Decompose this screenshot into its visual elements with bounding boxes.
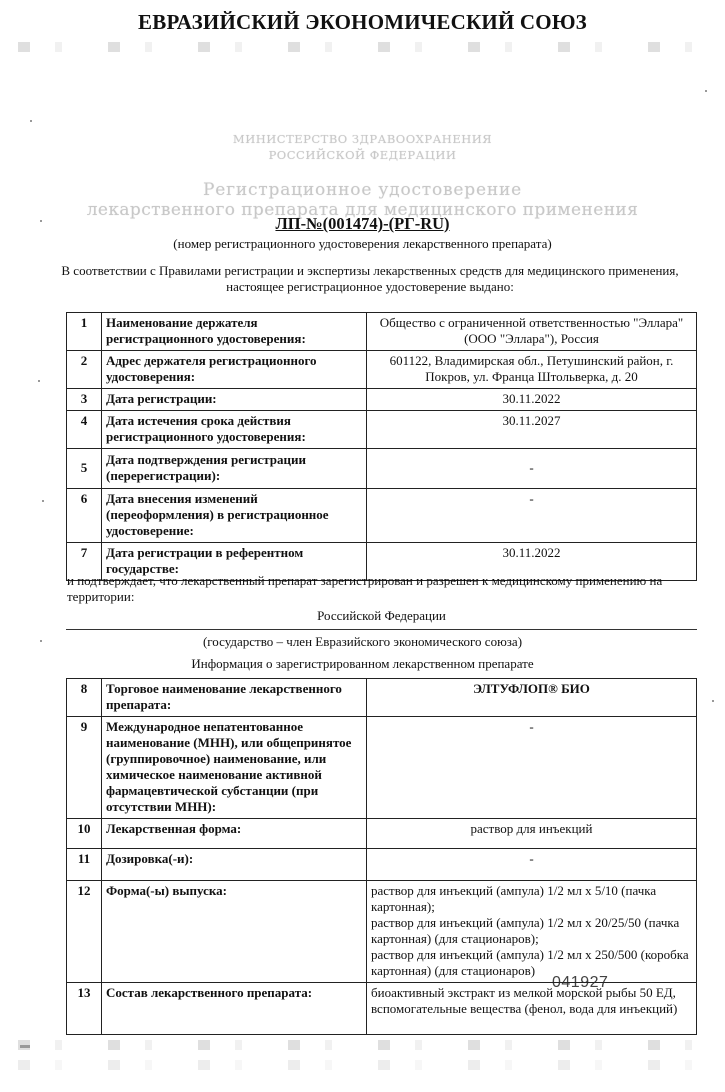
row-value: 601122, Владимирская обл., Петушинский р… (367, 351, 697, 389)
row-label: Дозировка(-и): (102, 849, 367, 881)
scan-noise-top (0, 42, 725, 52)
release-form-line: раствор для инъекций (ампула) 1/2 мл x 2… (371, 947, 692, 979)
row-number: 12 (67, 881, 102, 983)
row-value: - (367, 849, 697, 881)
row-value: 30.11.2027 (367, 411, 697, 449)
row-value: Общество с ограниченной ответственностью… (367, 313, 697, 351)
scan-noise-bottom-2 (0, 1060, 725, 1070)
row-number: 6 (67, 489, 102, 543)
page-title: ЕВРАЗИЙСКИЙ ЭКОНОМИЧЕСКИЙ СОЮЗ (0, 10, 725, 35)
row-label: Торговое наименование лекарственного пре… (102, 679, 367, 717)
scan-speck (40, 220, 42, 222)
row-value: - (367, 717, 697, 819)
row-label: Лекарственная форма: (102, 819, 367, 849)
table-row: 10 Лекарственная форма: раствор для инъе… (67, 819, 697, 849)
table-row: 4 Дата истечения срока действия регистра… (67, 411, 697, 449)
row-label: Дата регистрации: (102, 389, 367, 411)
scan-noise-bottom (0, 1040, 725, 1050)
registration-number-caption: (номер регистрационного удостоверения ле… (0, 236, 725, 252)
registration-number: ЛП-№(001474)-(РГ-RU) (0, 214, 725, 234)
row-value: раствор для инъекций (367, 819, 697, 849)
row-label: Состав лекарственного препарата: (102, 983, 367, 1035)
row-label: Дата истечения срока действия регистраци… (102, 411, 367, 449)
table-row: 1 Наименование держателя регистрационног… (67, 313, 697, 351)
table-row: 12 Форма(-ы) выпуска: раствор для инъекц… (67, 881, 697, 983)
row-number: 9 (67, 717, 102, 819)
row-label: Дата подтверждения регистрации (перереги… (102, 449, 367, 489)
row-label: Адрес держателя регистрационного удостов… (102, 351, 367, 389)
row-label: Дата внесения изменений (переоформления)… (102, 489, 367, 543)
country-caption: (государство – член Евразийского экономи… (0, 634, 725, 650)
scan-speck (40, 640, 42, 642)
release-form-line: раствор для инъекций (ампула) 1/2 мл x 5… (371, 883, 692, 915)
stamp-serial-number: 041927 (552, 974, 608, 992)
table-row: 3 Дата регистрации: 30.11.2022 (67, 389, 697, 411)
intro-paragraph: В соответствии с Правилами регистрации и… (60, 263, 680, 295)
row-number: 2 (67, 351, 102, 389)
country-name: Российской Федерации (66, 608, 697, 630)
release-form-line: раствор для инъекций (ампула) 1/2 мл x 2… (371, 915, 692, 947)
table-row: 6 Дата внесения изменений (переоформлени… (67, 489, 697, 543)
table-row: 9 Международное непатентованное наименов… (67, 717, 697, 819)
row-number: 1 (67, 313, 102, 351)
table-row: 11 Дозировка(-и): - (67, 849, 697, 881)
confirmation-paragraph: и подтверждает, что лекарственный препар… (67, 573, 697, 605)
table-row: 8 Торговое наименование лекарственного п… (67, 679, 697, 717)
scan-speck (30, 120, 32, 122)
row-number: 4 (67, 411, 102, 449)
row-number: 10 (67, 819, 102, 849)
holder-table: 1 Наименование держателя регистрационног… (66, 312, 697, 581)
scan-speck (42, 500, 44, 502)
row-value: - (367, 449, 697, 489)
faded-certificate-title-1: Регистрационное удостоверение (0, 180, 725, 200)
row-value: 30.11.2022 (367, 389, 697, 411)
scan-speck (705, 90, 707, 92)
row-number: 5 (67, 449, 102, 489)
faded-ministry-line-1: МИНИСТЕРСТВО ЗДРАВООХРАНЕНИЯ (0, 132, 725, 146)
release-forms-value: раствор для инъекций (ампула) 1/2 мл x 5… (367, 881, 697, 983)
row-label: Международное непатентованное наименован… (102, 717, 367, 819)
drug-info-heading: Информация о зарегистрированном лекарств… (0, 656, 725, 672)
row-number: 13 (67, 983, 102, 1035)
row-number: 8 (67, 679, 102, 717)
scan-speck (20, 1045, 30, 1048)
trade-name-value: ЭЛТУФЛОП® БИО (367, 679, 697, 717)
row-label: Наименование держателя регистрационного … (102, 313, 367, 351)
composition-value: биоактивный экстракт из мелкой морской р… (367, 983, 697, 1035)
row-value: - (367, 489, 697, 543)
table-row: 2 Адрес держателя регистрационного удост… (67, 351, 697, 389)
table-row: 5 Дата подтверждения регистрации (перере… (67, 449, 697, 489)
row-label: Форма(-ы) выпуска: (102, 881, 367, 983)
scan-speck (712, 700, 714, 702)
scan-speck (38, 380, 40, 382)
faded-ministry-line-2: РОССИЙСКОЙ ФЕДЕРАЦИИ (0, 148, 725, 162)
row-number: 11 (67, 849, 102, 881)
row-number: 3 (67, 389, 102, 411)
